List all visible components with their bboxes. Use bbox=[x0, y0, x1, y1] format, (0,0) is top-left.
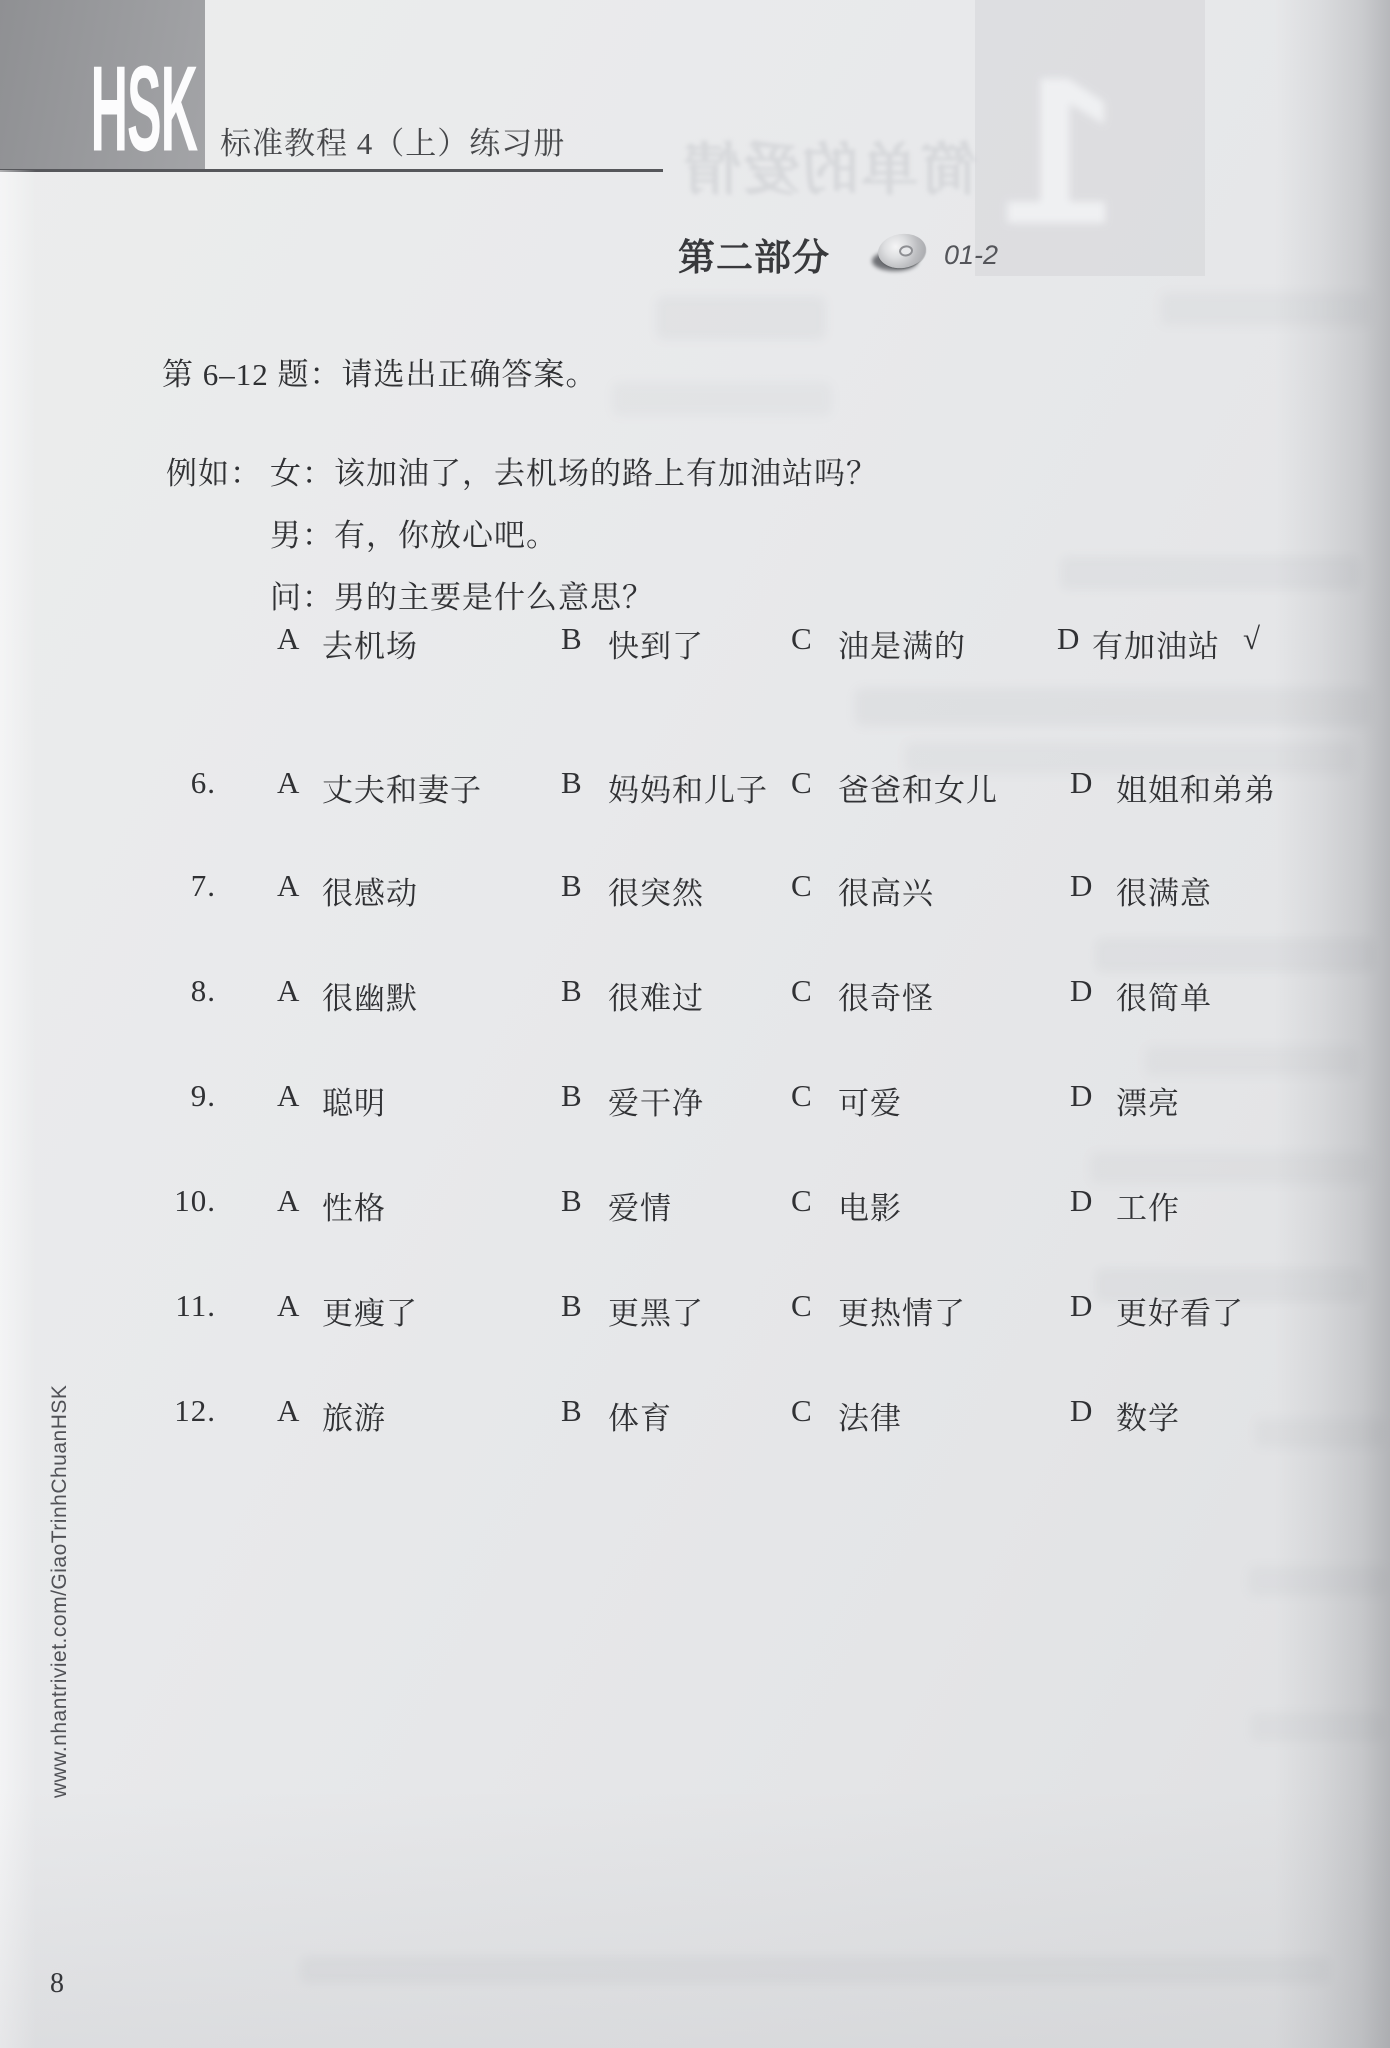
example-dialog-line-question: 问：男的主要是什么意思？ bbox=[270, 572, 654, 617]
hsk-logo-box: HSK bbox=[0, 0, 205, 170]
question-12-option-c: 法律 bbox=[838, 1393, 902, 1438]
option-letter-a: A bbox=[277, 765, 300, 801]
option-letter-d: D bbox=[1070, 1183, 1093, 1219]
option-letter-c: C bbox=[791, 1183, 813, 1219]
option-letter-b: B bbox=[561, 1393, 583, 1429]
option-letter-b: B bbox=[561, 868, 583, 904]
book-page: 1 简单的爱情 HSK 标准教程 4（上）练习册 第二部分 01-2 第 6–1… bbox=[0, 0, 1390, 2048]
question-number: 8. bbox=[140, 973, 216, 1009]
question-12-option-b: 体育 bbox=[608, 1393, 672, 1438]
audio-track-label: 01-2 bbox=[944, 240, 998, 271]
option-letter-c: C bbox=[791, 621, 813, 657]
question-number: 11. bbox=[140, 1288, 216, 1324]
header-rule bbox=[0, 169, 663, 172]
correct-answer-checkmark: √ bbox=[1243, 621, 1261, 657]
bleedthrough-unit-number: 1 bbox=[1000, 46, 1120, 256]
question-6-option-b: 妈妈和儿子 bbox=[608, 765, 768, 810]
question-8-option-a: 很幽默 bbox=[322, 973, 418, 1018]
book-title: 标准教程 4（上）练习册 bbox=[220, 118, 565, 163]
option-letter-d: D bbox=[1070, 1393, 1093, 1429]
example-options-row: A 去机场 B 快到了 C 油是满的 D 有加油站 √ bbox=[0, 621, 1390, 663]
hsk-logo: HSK bbox=[90, 48, 197, 170]
page-edge-shadow bbox=[1275, 0, 1390, 2048]
option-letter-c: C bbox=[791, 1078, 813, 1114]
bleedthrough-smudge bbox=[656, 296, 826, 340]
example-option-a: 去机场 bbox=[322, 621, 418, 666]
section-heading: 第二部分 bbox=[678, 227, 830, 281]
question-7-option-c: 很高兴 bbox=[838, 868, 934, 913]
example-dialog-line-woman: 女：该加油了，去机场的路上有加油站吗？ bbox=[270, 448, 878, 493]
option-letter-a: A bbox=[277, 1078, 300, 1114]
question-7-option-d: 很满意 bbox=[1116, 868, 1212, 913]
question-row-11: 11. A 更瘦了 B 更黑了 C 更热情了 D 更好看了 bbox=[0, 1288, 1390, 1330]
bleedthrough-smudge bbox=[612, 382, 832, 416]
example-label: 例如： bbox=[166, 448, 262, 493]
option-letter-b: B bbox=[561, 973, 583, 1009]
question-12-option-d: 数学 bbox=[1116, 1393, 1180, 1438]
option-letter-d: D bbox=[1070, 973, 1093, 1009]
question-row-6: 6. A 丈夫和妻子 B 妈妈和儿子 C 爸爸和女儿 D 姐姐和弟弟 bbox=[0, 765, 1390, 807]
question-9-option-d: 漂亮 bbox=[1116, 1078, 1180, 1123]
question-10-option-b: 爱情 bbox=[608, 1183, 672, 1228]
question-11-option-b: 更黑了 bbox=[608, 1288, 704, 1333]
example-dialog-line-man: 男：有，你放心吧。 bbox=[270, 510, 558, 555]
question-10-option-c: 电影 bbox=[838, 1183, 902, 1228]
question-7-option-b: 很突然 bbox=[608, 868, 704, 913]
question-number: 12. bbox=[140, 1393, 216, 1429]
option-letter-d: D bbox=[1070, 765, 1093, 801]
question-11-option-a: 更瘦了 bbox=[322, 1288, 418, 1333]
example-option-c: 油是满的 bbox=[838, 621, 966, 666]
publisher-url: www.nhantriviet.com/GiaoTrinhChuanHSK bbox=[48, 1385, 72, 1798]
question-10-option-d: 工作 bbox=[1116, 1183, 1180, 1228]
question-number: 9. bbox=[140, 1078, 216, 1114]
instruction-text: 第 6–12 题：请选出正确答案。 bbox=[162, 349, 598, 394]
option-letter-b: B bbox=[561, 621, 583, 657]
option-letter-b: B bbox=[561, 1183, 583, 1219]
option-letter-a: A bbox=[277, 1288, 300, 1324]
question-9-option-a: 聪明 bbox=[322, 1078, 386, 1123]
example-option-d: 有加油站 bbox=[1092, 621, 1220, 666]
question-number: 7. bbox=[140, 868, 216, 904]
question-9-option-c: 可爱 bbox=[838, 1078, 902, 1123]
question-11-option-d: 更好看了 bbox=[1116, 1288, 1244, 1333]
option-letter-c: C bbox=[791, 868, 813, 904]
bleedthrough-unit-title: 简单的爱情 bbox=[682, 124, 977, 206]
option-letter-a: A bbox=[277, 621, 300, 657]
option-letter-c: C bbox=[791, 973, 813, 1009]
option-letter-d: D bbox=[1070, 1288, 1093, 1324]
question-6-option-d: 姐姐和弟弟 bbox=[1116, 765, 1276, 810]
option-letter-d: D bbox=[1057, 621, 1080, 657]
question-9-option-b: 爱干净 bbox=[608, 1078, 704, 1123]
question-row-7: 7. A 很感动 B 很突然 C 很高兴 D 很满意 bbox=[0, 868, 1390, 910]
question-6-option-c: 爸爸和女儿 bbox=[838, 765, 998, 810]
cd-icon bbox=[874, 234, 930, 276]
question-11-option-c: 更热情了 bbox=[838, 1288, 966, 1333]
option-letter-d: D bbox=[1070, 868, 1093, 904]
example-option-b: 快到了 bbox=[608, 621, 704, 666]
question-7-option-a: 很感动 bbox=[322, 868, 418, 913]
question-row-10: 10. A 性格 B 爱情 C 电影 D 工作 bbox=[0, 1183, 1390, 1225]
question-row-8: 8. A 很幽默 B 很难过 C 很奇怪 D 很简单 bbox=[0, 973, 1390, 1015]
page-bottom-shadow bbox=[0, 1788, 1390, 2048]
option-letter-a: A bbox=[277, 1393, 300, 1429]
option-letter-a: A bbox=[277, 868, 300, 904]
option-letter-c: C bbox=[791, 1393, 813, 1429]
cd-icon-hole bbox=[898, 245, 913, 258]
question-6-option-a: 丈夫和妻子 bbox=[322, 765, 482, 810]
option-letter-c: C bbox=[791, 765, 813, 801]
question-row-12: 12. A 旅游 B 体育 C 法律 D 数学 bbox=[0, 1393, 1390, 1435]
question-number: 10. bbox=[140, 1183, 216, 1219]
question-12-option-a: 旅游 bbox=[322, 1393, 386, 1438]
question-8-option-d: 很简单 bbox=[1116, 973, 1212, 1018]
option-letter-c: C bbox=[791, 1288, 813, 1324]
question-number: 6. bbox=[140, 765, 216, 801]
option-letter-d: D bbox=[1070, 1078, 1093, 1114]
page-edge-highlight bbox=[0, 170, 36, 2048]
question-8-option-b: 很难过 bbox=[608, 973, 704, 1018]
option-letter-a: A bbox=[277, 1183, 300, 1219]
question-row-9: 9. A 聪明 B 爱干净 C 可爱 D 漂亮 bbox=[0, 1078, 1390, 1120]
option-letter-b: B bbox=[561, 1078, 583, 1114]
option-letter-b: B bbox=[561, 1288, 583, 1324]
question-8-option-c: 很奇怪 bbox=[838, 973, 934, 1018]
question-10-option-a: 性格 bbox=[322, 1183, 386, 1228]
option-letter-a: A bbox=[277, 973, 300, 1009]
option-letter-b: B bbox=[561, 765, 583, 801]
